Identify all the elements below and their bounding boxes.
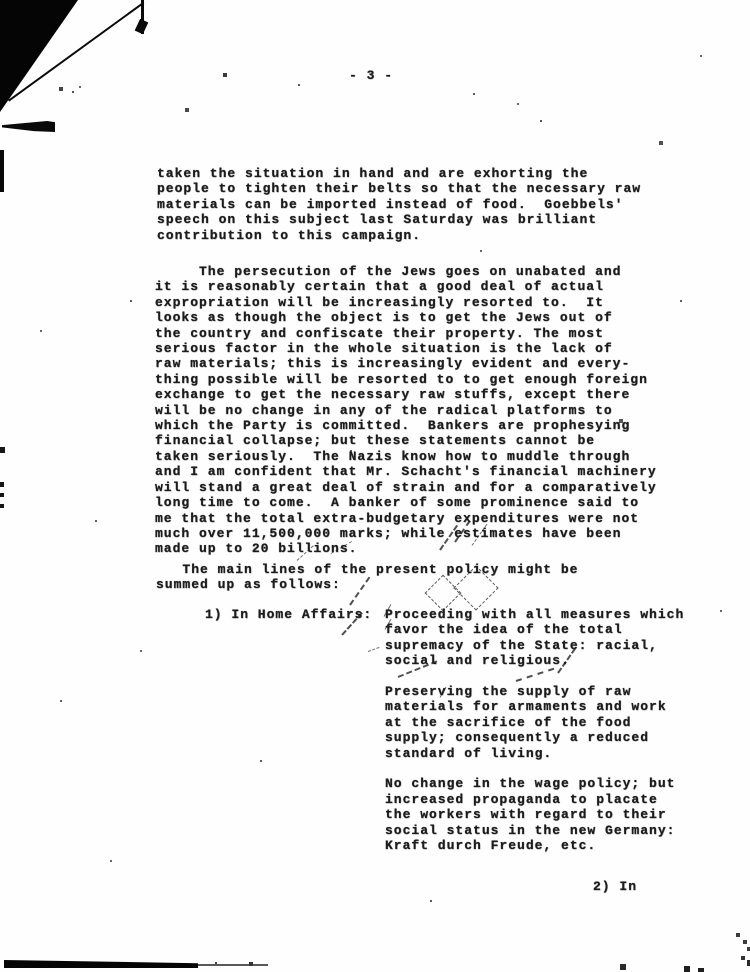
- scan-bottom-bar: [198, 964, 268, 966]
- document-page: - 3 - taken the situation in hand and ar…: [0, 0, 750, 972]
- paragraph-opening: taken the situation in hand and are exho…: [157, 166, 641, 243]
- scan-streak: [2, 121, 55, 132]
- scan-edge-mark: [0, 493, 4, 497]
- paragraph-main-lines: The main lines of the present policy mig…: [156, 562, 578, 593]
- scan-bottom-bar: [4, 960, 198, 968]
- scan-edge-mark: [135, 19, 149, 35]
- stamp-mark: [368, 647, 380, 652]
- list-item-home-affairs-text: Proceeding with all measures which favor…: [385, 607, 684, 854]
- scan-edge-mark: [0, 150, 4, 192]
- list-item-home-affairs-label: 1) In Home Affairs:: [205, 607, 372, 622]
- scan-edge-mark: [0, 482, 4, 487]
- paragraph-persecution: The persecution of the Jews goes on unab…: [155, 264, 657, 557]
- page-number: - 3 -: [349, 68, 393, 83]
- scan-noise-speckles: [0, 0, 2, 2]
- continuation-catchword: 2) In: [593, 879, 637, 894]
- scan-edge-mark: [0, 504, 4, 508]
- scan-edge-mark: [0, 447, 5, 453]
